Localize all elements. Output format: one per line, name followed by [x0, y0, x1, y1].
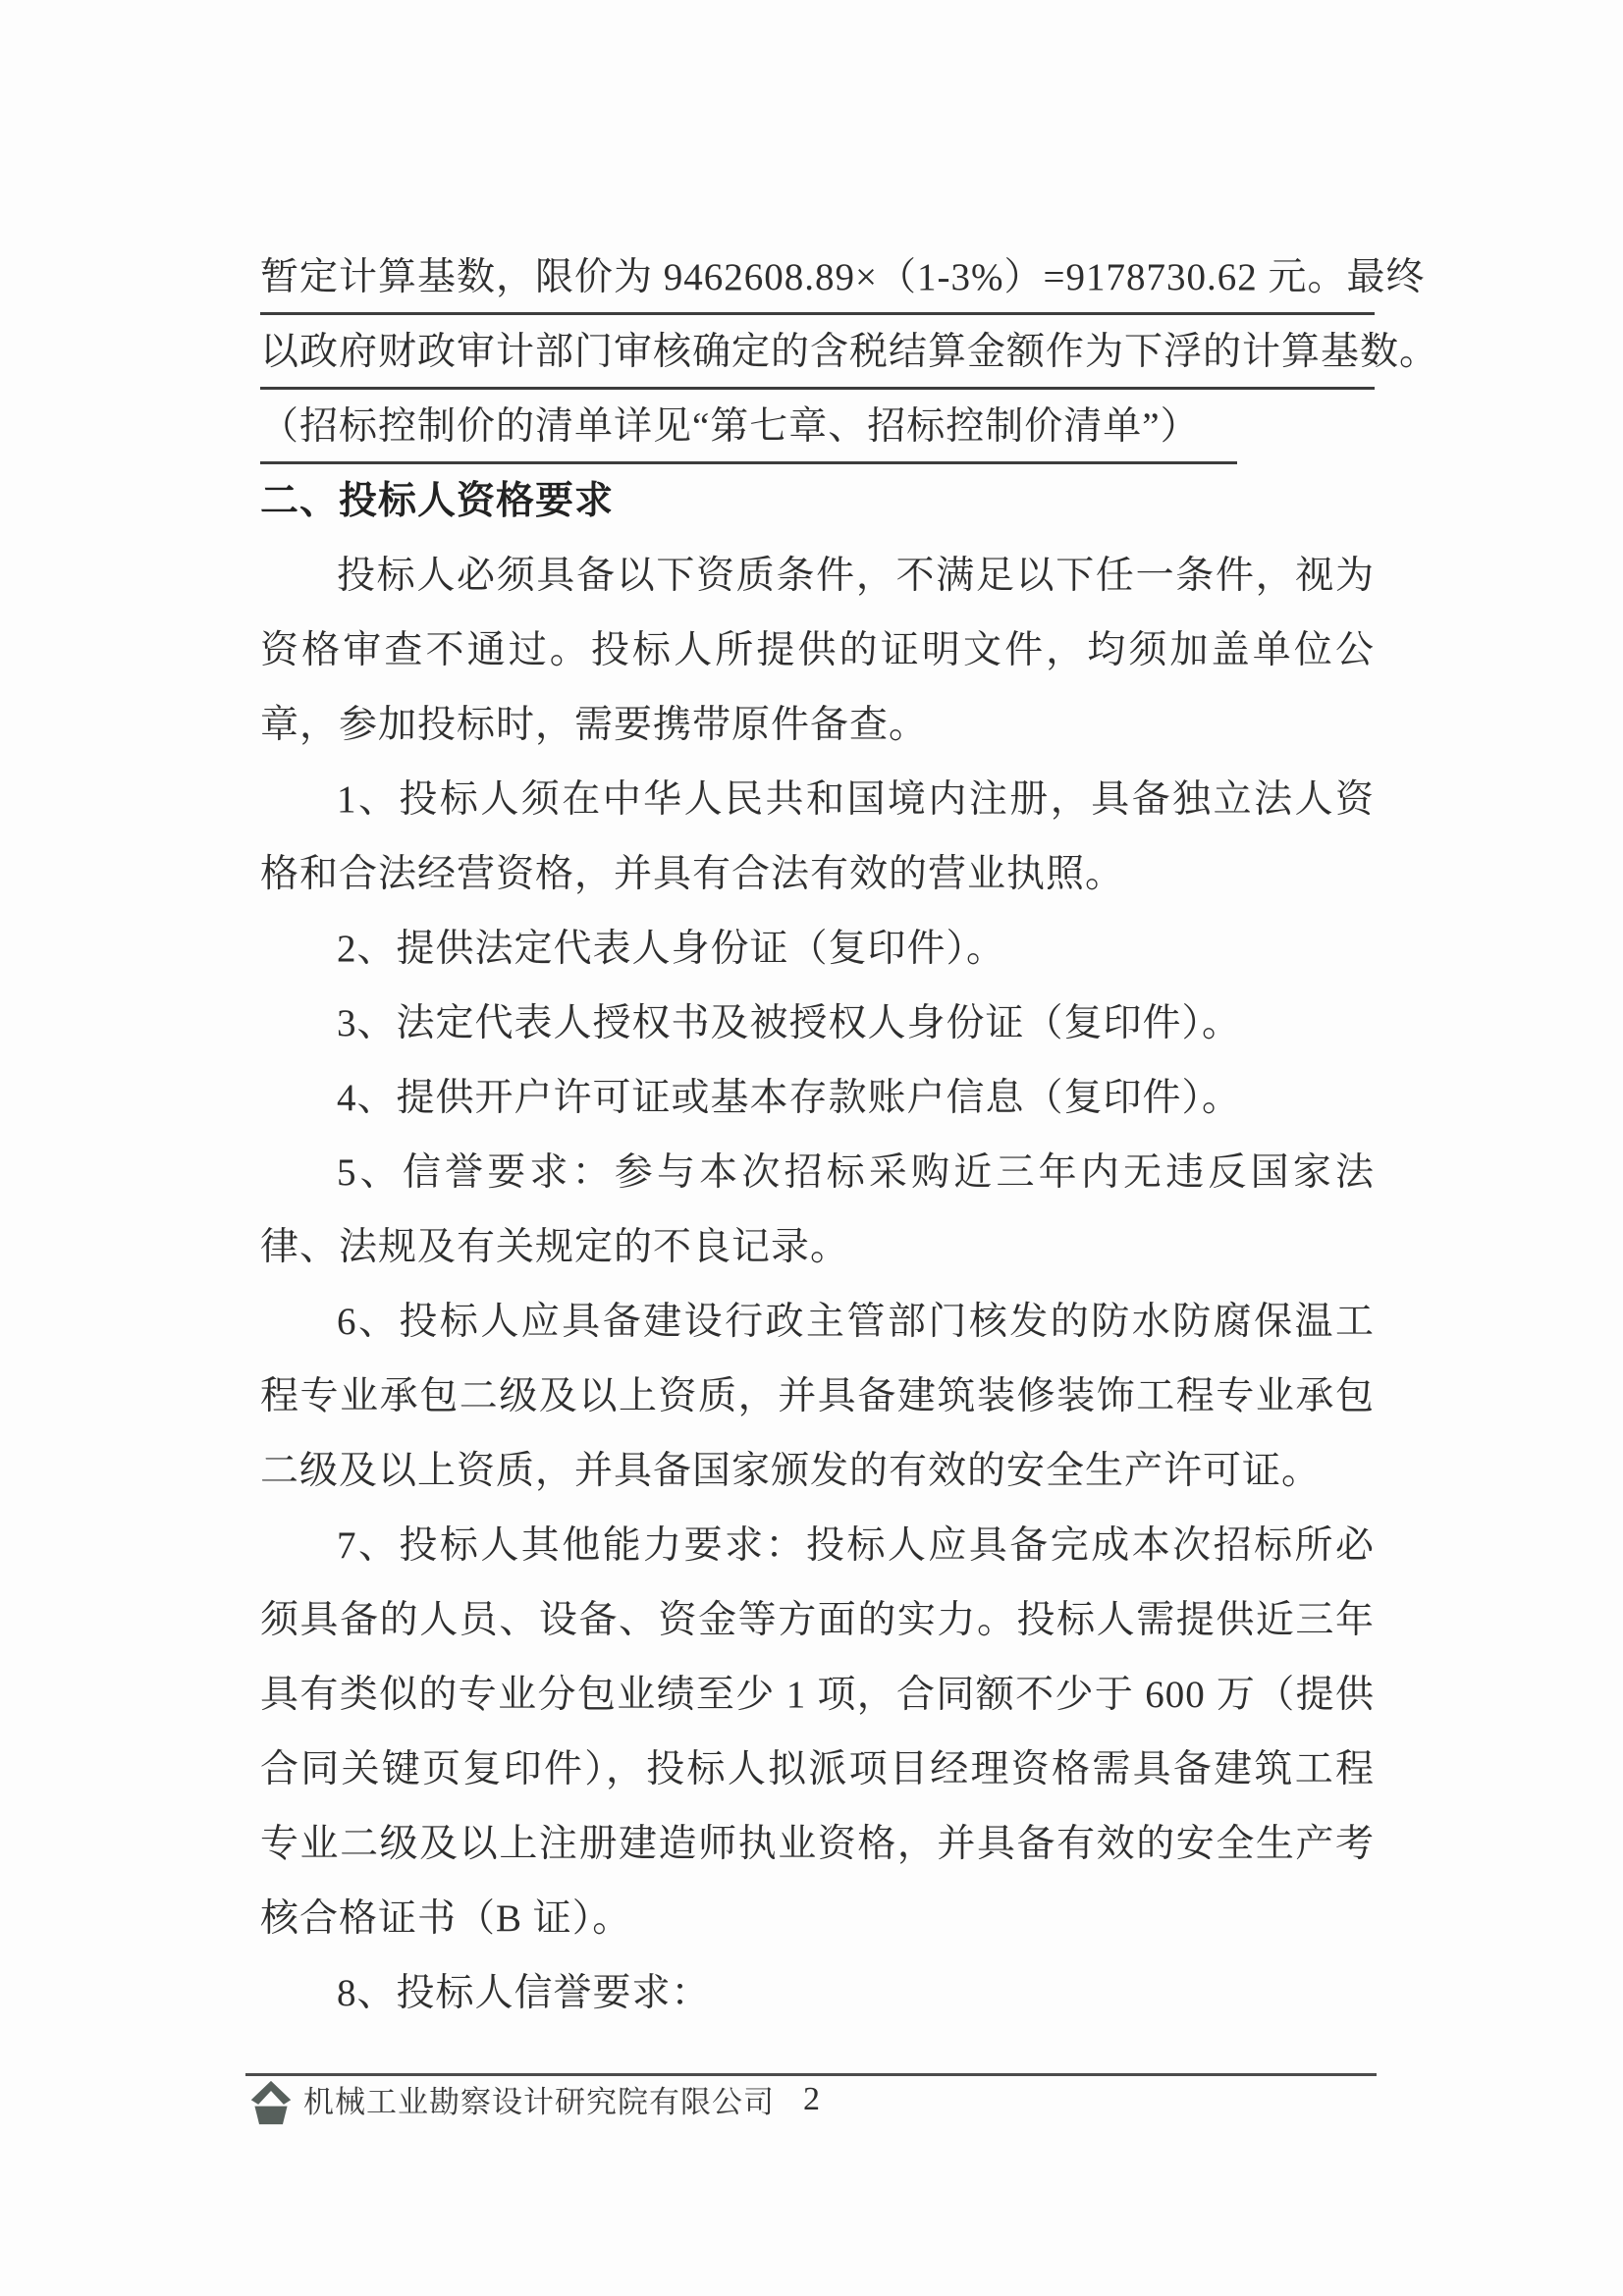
underlined-text: （招标控制价的清单详见“第七章、招标控制价清单”） [260, 395, 1237, 464]
qualification-item-6: 6、投标人应具备建设行政主管部门核发的防水防腐保温工程专业承包二级及以上资质，并… [260, 1285, 1375, 1509]
intro-underlined-line-2: 以政府财政审计部门审核确定的含税结算金额作为下浮的计算基数。 [260, 315, 1375, 390]
qualification-intro-paragraph: 投标人必须具备以下资质条件，不满足以下任一条件，视为资格审查不通过。投标人所提供… [260, 539, 1375, 763]
qualification-item-5: 5、信誉要求：参与本次招标采购近三年内无违反国家法律、法规及有关规定的不良记录。 [260, 1136, 1375, 1285]
section-heading: 二、投标人资格要求 [260, 464, 1375, 539]
document-page: 暂定计算基数，限价为 9462608.89×（1-3%）=9178730.62 … [0, 0, 1623, 2296]
document-body: 暂定计算基数，限价为 9462608.89×（1-3%）=9178730.62 … [260, 240, 1375, 2031]
qualification-item-7: 7、投标人其他能力要求：投标人应具备完成本次招标所必须具备的人员、设备、资金等方… [260, 1509, 1375, 1956]
intro-underlined-line-3: （招标控制价的清单详见“第七章、招标控制价清单”） [260, 390, 1375, 464]
qualification-item-3: 3、法定代表人授权书及被授权人身份证（复印件）。 [260, 987, 1375, 1061]
qualification-item-8: 8、投标人信誉要求： [260, 1956, 1375, 2031]
qualification-item-1: 1、投标人须在中华人民共和国境内注册，具备独立法人资格和合法经营资格，并具有合法… [260, 763, 1375, 912]
underlined-text: 以政府财政审计部门审核确定的含税结算金额作为下浮的计算基数。 [260, 320, 1375, 390]
page-number: 2 [0, 2081, 1623, 2118]
qualification-item-4: 4、提供开户许可证或基本存款账户信息（复印件）。 [260, 1061, 1375, 1136]
intro-underlined-line-1: 暂定计算基数，限价为 9462608.89×（1-3%）=9178730.62 … [260, 240, 1375, 315]
qualification-item-2: 2、提供法定代表人身份证（复印件）。 [260, 912, 1375, 987]
footer-divider [245, 2073, 1377, 2076]
underlined-text: 暂定计算基数，限价为 9462608.89×（1-3%）=9178730.62 … [260, 245, 1375, 315]
